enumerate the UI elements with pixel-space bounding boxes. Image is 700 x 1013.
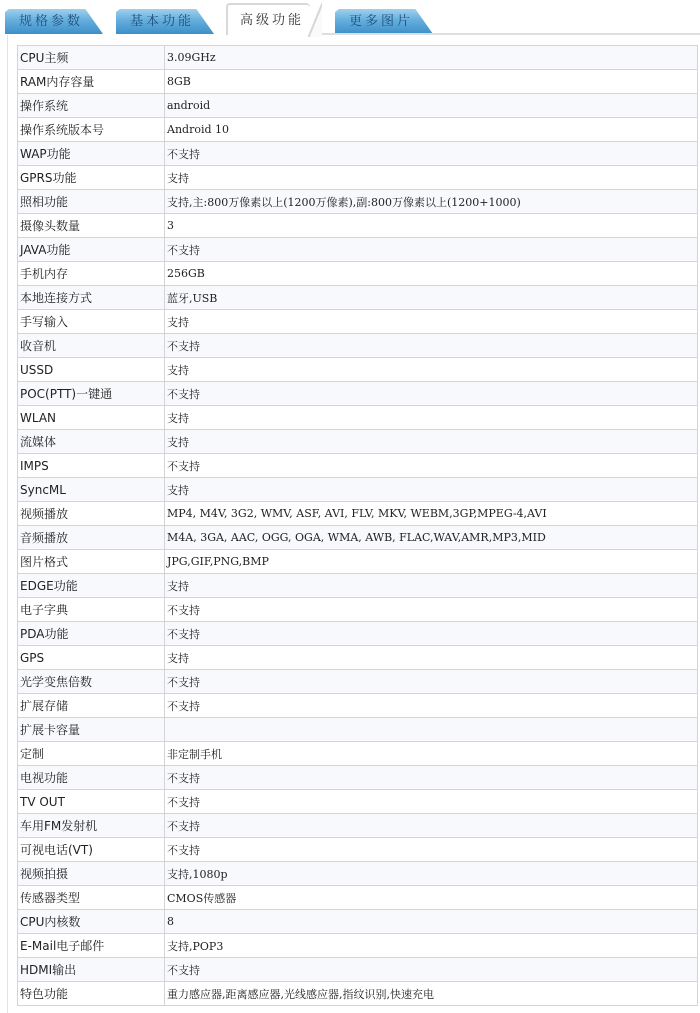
spec-key: 照相功能 [18, 190, 165, 214]
spec-key: 手机内存 [18, 262, 165, 286]
spec-value: 不支持 [165, 334, 698, 358]
spec-value: 支持 [165, 358, 698, 382]
spec-key: 手写输入 [18, 310, 165, 334]
spec-key: SyncML [18, 478, 165, 502]
spec-value: 支持 [165, 166, 698, 190]
spec-key: RAM内存容量 [18, 70, 165, 94]
spec-value: 支持 [165, 310, 698, 334]
tab-basic-features[interactable]: 基本功能 [116, 9, 214, 34]
spec-value: 不支持 [165, 766, 698, 790]
spec-key: 电视功能 [18, 766, 165, 790]
spec-value: 不支持 [165, 958, 698, 982]
table-row: CPU内核数8 [18, 910, 698, 934]
spec-key: 特色功能 [18, 982, 165, 1006]
spec-key: PDA功能 [18, 622, 165, 646]
spec-value: 不支持 [165, 814, 698, 838]
spec-key: EDGE功能 [18, 574, 165, 598]
spec-value: 重力感应器,距离感应器,光线感应器,指纹识别,快速充电 [165, 982, 698, 1006]
spec-value: android [165, 94, 698, 118]
spec-key: 传感器类型 [18, 886, 165, 910]
table-row: USSD支持 [18, 358, 698, 382]
spec-value: 8GB [165, 70, 698, 94]
spec-value: 支持 [165, 646, 698, 670]
spec-value: 不支持 [165, 382, 698, 406]
spec-value: 支持,主:800万像素以上(1200万像素),副:800万像素以上(1200+1… [165, 190, 698, 214]
tab-advanced-features[interactable]: 高级功能 [226, 3, 310, 35]
table-row: IMPS不支持 [18, 454, 698, 478]
spec-key: CPU内核数 [18, 910, 165, 934]
spec-value: 不支持 [165, 142, 698, 166]
spec-key: 摄像头数量 [18, 214, 165, 238]
tab-more-pictures[interactable]: 更多图片 [335, 9, 433, 34]
spec-value: 256GB [165, 262, 698, 286]
table-row: 视频播放MP4, M4V, 3G2, WMV, ASF, AVI, FLV, M… [18, 502, 698, 526]
spec-value: Android 10 [165, 118, 698, 142]
table-row: WAP功能不支持 [18, 142, 698, 166]
spec-key: 定制 [18, 742, 165, 766]
spec-value: 不支持 [165, 790, 698, 814]
table-row: 手机内存256GB [18, 262, 698, 286]
table-row: 光学变焦倍数不支持 [18, 670, 698, 694]
spec-value: 不支持 [165, 694, 698, 718]
spec-value: 不支持 [165, 622, 698, 646]
table-row: POC(PTT)一键通不支持 [18, 382, 698, 406]
table-row: 电子字典不支持 [18, 598, 698, 622]
table-row: 扩展卡容量 [18, 718, 698, 742]
spec-value: 8 [165, 910, 698, 934]
spec-key: POC(PTT)一键通 [18, 382, 165, 406]
spec-value: 支持,1080p [165, 862, 698, 886]
spec-key: 图片格式 [18, 550, 165, 574]
spec-key: WAP功能 [18, 142, 165, 166]
spec-key: 光学变焦倍数 [18, 670, 165, 694]
table-row: 扩展存储不支持 [18, 694, 698, 718]
table-row: SyncML支持 [18, 478, 698, 502]
spec-value [165, 718, 698, 742]
table-row: CPU主频3.09GHz [18, 46, 698, 70]
spec-value: 支持 [165, 478, 698, 502]
table-row: 视频拍摄支持,1080p [18, 862, 698, 886]
spec-key: E-Mail电子邮件 [18, 934, 165, 958]
spec-key: IMPS [18, 454, 165, 478]
spec-key: WLAN [18, 406, 165, 430]
spec-value: 非定制手机 [165, 742, 698, 766]
spec-key: GPS [18, 646, 165, 670]
spec-key: 音频播放 [18, 526, 165, 550]
tab-bar: 规格参数 基本功能 高级功能 更多图片 [0, 0, 700, 35]
spec-value: M4A, 3GA, AAC, OGG, OGA, WMA, AWB, FLAC,… [165, 526, 698, 550]
table-row: 电视功能不支持 [18, 766, 698, 790]
table-row: 照相功能支持,主:800万像素以上(1200万像素),副:800万像素以上(12… [18, 190, 698, 214]
spec-value: 支持,POP3 [165, 934, 698, 958]
spec-key: JAVA功能 [18, 238, 165, 262]
spec-key: 扩展存储 [18, 694, 165, 718]
spec-key: 操作系统版本号 [18, 118, 165, 142]
table-row: HDMI输出不支持 [18, 958, 698, 982]
table-row: 操作系统android [18, 94, 698, 118]
spec-key: 操作系统 [18, 94, 165, 118]
spec-value: CMOS传感器 [165, 886, 698, 910]
spec-value: JPG,GIF,PNG,BMP [165, 550, 698, 574]
spec-value: 3.09GHz [165, 46, 698, 70]
spec-value: 不支持 [165, 454, 698, 478]
table-row: 收音机不支持 [18, 334, 698, 358]
spec-value: 不支持 [165, 838, 698, 862]
spec-value: MP4, M4V, 3G2, WMV, ASF, AVI, FLV, MKV, … [165, 502, 698, 526]
spec-key: 可视电话(VT) [18, 838, 165, 862]
spec-key: HDMI输出 [18, 958, 165, 982]
table-row: GPS支持 [18, 646, 698, 670]
spec-key: 视频播放 [18, 502, 165, 526]
spec-key: 流媒体 [18, 430, 165, 454]
spec-value: 不支持 [165, 670, 698, 694]
table-row: 音频播放M4A, 3GA, AAC, OGG, OGA, WMA, AWB, F… [18, 526, 698, 550]
table-row: RAM内存容量8GB [18, 70, 698, 94]
table-row: GPRS功能支持 [18, 166, 698, 190]
spec-key: 视频拍摄 [18, 862, 165, 886]
spec-value: 支持 [165, 406, 698, 430]
spec-value: 不支持 [165, 238, 698, 262]
spec-key: CPU主频 [18, 46, 165, 70]
spec-value: 蓝牙,USB [165, 286, 698, 310]
spec-key: 电子字典 [18, 598, 165, 622]
table-row: 可视电话(VT)不支持 [18, 838, 698, 862]
spec-key: TV OUT [18, 790, 165, 814]
table-row: 流媒体支持 [18, 430, 698, 454]
table-row: JAVA功能不支持 [18, 238, 698, 262]
spec-key: USSD [18, 358, 165, 382]
table-row: 传感器类型CMOS传感器 [18, 886, 698, 910]
spec-key: 收音机 [18, 334, 165, 358]
table-row: 摄像头数量3 [18, 214, 698, 238]
spec-key: GPRS功能 [18, 166, 165, 190]
spec-value: 支持 [165, 430, 698, 454]
spec-value: 支持 [165, 574, 698, 598]
table-row: PDA功能不支持 [18, 622, 698, 646]
table-row: EDGE功能支持 [18, 574, 698, 598]
spec-value: 不支持 [165, 598, 698, 622]
spec-value: 3 [165, 214, 698, 238]
spec-table: CPU主频3.09GHzRAM内存容量8GB操作系统android操作系统版本号… [17, 45, 698, 1006]
table-row: E-Mail电子邮件支持,POP3 [18, 934, 698, 958]
table-row: 车用FM发射机不支持 [18, 814, 698, 838]
table-row: 本地连接方式蓝牙,USB [18, 286, 698, 310]
table-row: 手写输入支持 [18, 310, 698, 334]
table-row: 操作系统版本号Android 10 [18, 118, 698, 142]
spec-key: 本地连接方式 [18, 286, 165, 310]
table-row: 图片格式JPG,GIF,PNG,BMP [18, 550, 698, 574]
table-row: 定制非定制手机 [18, 742, 698, 766]
table-row: 特色功能重力感应器,距离感应器,光线感应器,指纹识别,快速充电 [18, 982, 698, 1006]
spec-key: 扩展卡容量 [18, 718, 165, 742]
table-row: WLAN支持 [18, 406, 698, 430]
table-row: TV OUT不支持 [18, 790, 698, 814]
spec-key: 车用FM发射机 [18, 814, 165, 838]
tab-specs[interactable]: 规格参数 [5, 9, 103, 34]
